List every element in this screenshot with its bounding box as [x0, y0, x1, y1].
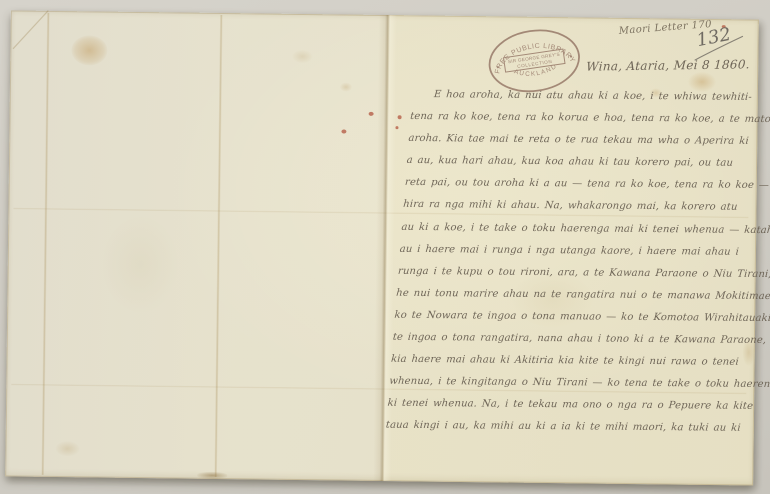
foxing-speck [369, 112, 374, 116]
foxing-speck [341, 129, 346, 133]
letter-line: ko te Nowara te ingoa o tona manuao — ko… [394, 305, 752, 330]
letter-line: hira ra nga mihi ki ahau. Na, whakarongo… [402, 194, 760, 219]
letter-line: a au, kua hari ahau, kua koa ahau ki tau… [406, 150, 764, 175]
letter-line: reta pai, ou tou aroha ki a au — tena ra… [404, 172, 762, 197]
foxing-speck [395, 126, 398, 129]
letter-line: aroha. Kia tae mai te reta o te rua teka… [407, 128, 765, 153]
letter-sheet: FREE PUBLIC LIBRARY SIR GEORGE GREY'S CO… [5, 10, 759, 485]
letter-line: tena ra ko koe, tena ra ko korua e hoa, … [409, 106, 767, 131]
letter-body: E hoa aroha, ka nui atu ahau ki a koe, i… [385, 84, 769, 440]
letter-line: kia haere mai ahau ki Akitiria kia kite … [390, 349, 748, 374]
left-page-blank [5, 10, 388, 481]
letter-dateline: Wina, Ataria, Mei 8 1860. [586, 57, 750, 73]
letter-line: E hoa aroha, ka nui atu ahau ki a koe, i… [411, 84, 769, 109]
letter-line: au i haere mai i runga i nga utanga kaor… [399, 239, 757, 264]
letter-line: whenua, i te kingitanga o Niu Tirani — k… [388, 371, 746, 396]
foxing-speck [398, 115, 402, 119]
letter-line: au ki a koe, i te take o toku haerenga m… [401, 216, 759, 241]
letter-line: taua kingi i au, ka mihi au ki a ia ki t… [385, 415, 743, 440]
letter-line: ki tenei whenua. Na, i te tekau ma ono o… [387, 393, 745, 418]
letter-line: he nui tonu marire ahau na te rangatira … [395, 283, 753, 308]
letter-line: runga i te kupu o tou rironi, ara, a te … [397, 261, 755, 286]
letter-line: te ingoa o tona rangatira, nana ahau i t… [392, 327, 750, 352]
scan-background: FREE PUBLIC LIBRARY SIR GEORGE GREY'S CO… [0, 0, 770, 494]
